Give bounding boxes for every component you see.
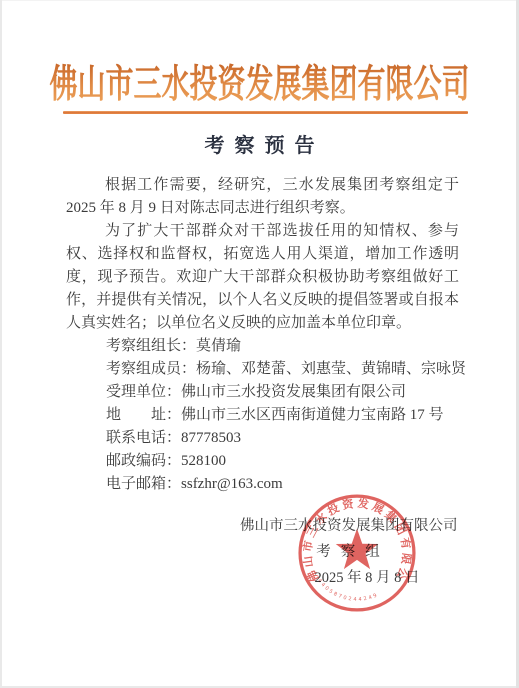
detail-value: 佛山市三水投资发展集团有限公司 xyxy=(181,384,406,400)
paragraph-2: 为了扩大干部群众对干部选拔任用的知情权、参与权、选择权和监督权，拓宽选人用人渠道… xyxy=(66,220,459,335)
document-page: 佛山市三水投资发展集团有限公司 考察预告 根据工作需要，经研究，三水发展集团考察… xyxy=(0,0,519,688)
detail-label: 邮政编码： xyxy=(106,453,181,469)
detail-label: 考察组成员： xyxy=(106,361,196,377)
detail-value: 莫倩瑜 xyxy=(196,338,241,354)
seal-star-icon xyxy=(336,529,378,569)
detail-label: 联系电话： xyxy=(106,430,181,446)
detail-row-members: 考察组成员：杨瑜、邓楚蕾、刘惠莹、黄锦晴、宗咏贤 xyxy=(106,358,459,381)
detail-value: 528100 xyxy=(181,453,226,469)
letterhead-rule xyxy=(63,111,468,114)
paragraph-1: 根据工作需要，经研究，三水发展集团考察组定于 2025 年 8 月 9 日对陈志… xyxy=(66,174,459,220)
detail-value: 87778503 xyxy=(181,430,241,446)
detail-label: 考察组组长： xyxy=(106,338,196,354)
detail-row-phone: 联系电话：87778503 xyxy=(106,427,459,450)
detail-label: 受理单位： xyxy=(106,384,181,400)
document-body: 根据工作需要，经研究，三水发展集团考察组定于 2025 年 8 月 9 日对陈志… xyxy=(66,174,459,496)
detail-row-postcode: 邮政编码：528100 xyxy=(106,450,459,473)
detail-row-accepting-unit: 受理单位：佛山市三水投资发展集团有限公司 xyxy=(106,381,459,404)
detail-label: 地 址： xyxy=(106,407,181,423)
detail-label: 电子邮箱： xyxy=(106,476,181,492)
detail-row-address: 地 址：佛山市三水区西南街道健力宝南路 17 号 xyxy=(106,404,459,427)
company-letterhead: 佛山市三水投资发展集团有限公司 xyxy=(0,54,519,109)
official-seal-stamp: 佛山市三水投资发展集团有限公司 4405870244249 xyxy=(296,492,418,614)
detail-value: 佛山市三水区西南街道健力宝南路 17 号 xyxy=(181,407,444,423)
detail-value: 杨瑜、邓楚蕾、刘惠莹、黄锦晴、宗咏贤 xyxy=(196,361,466,377)
detail-row-leader: 考察组组长：莫倩瑜 xyxy=(106,335,459,358)
document-title: 考察预告 xyxy=(0,129,519,158)
detail-value: ssfzhr@163.com xyxy=(181,476,283,492)
